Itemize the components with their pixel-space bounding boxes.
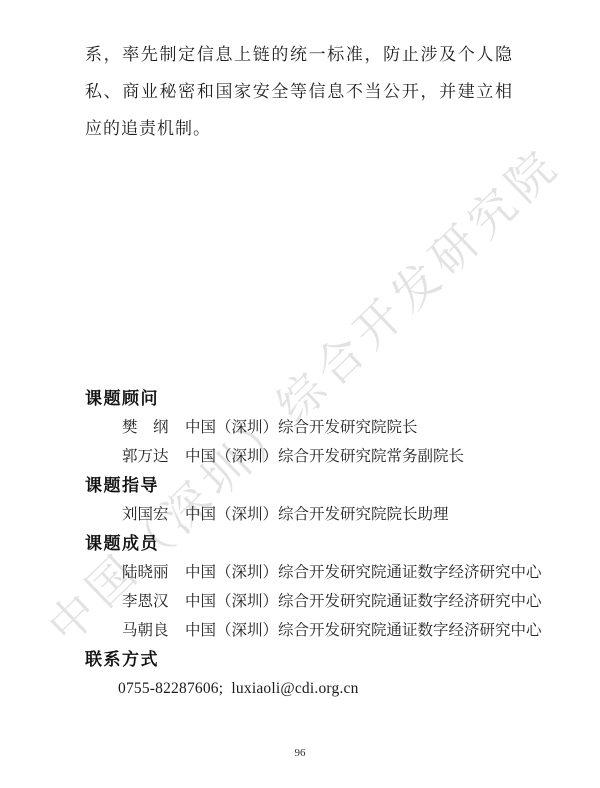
member-title: 中国（深圳）综合开发研究院通证数字经济研究中心 [185, 616, 542, 645]
member-row: 李恩汉 中国（深圳）综合开发研究院通证数字经济研究中心 [85, 587, 555, 616]
member-name: 马朝良 [122, 616, 178, 645]
section-heading-contact: 联系方式 [85, 645, 555, 674]
body-paragraph: 系，率先制定信息上链的统一标准，防止涉及个人隐私、商业秘密和国家安全等信息不当公… [85, 36, 513, 147]
member-title: 中国（深圳）综合开发研究院通证数字经济研究中心 [185, 587, 542, 616]
member-row: 郭万达 中国（深圳）综合开发研究院常务副院长 [85, 442, 555, 471]
member-name: 樊 纲 [122, 413, 178, 442]
member-title: 中国（深圳）综合开发研究院通证数字经济研究中心 [185, 558, 542, 587]
section-heading-members: 课题成员 [85, 529, 555, 558]
member-title: 中国（深圳）综合开发研究院常务副院长 [185, 442, 464, 471]
credits-list: 课题顾问 樊 纲 中国（深圳）综合开发研究院院长 郭万达 中国（深圳）综合开发研… [85, 384, 555, 703]
section-heading-advisors: 课题顾问 [85, 384, 555, 413]
member-title: 中国（深圳）综合开发研究院院长 [185, 413, 418, 442]
member-name: 李恩汉 [122, 587, 178, 616]
contact-info: 0755-82287606; luxiaoli@cdi.org.cn [85, 674, 555, 703]
document-page: 中国（深圳）综合开发研究院 系，率先制定信息上链的统一标准，防止涉及个人隐私、商… [0, 0, 600, 788]
section-heading-guidance: 课题指导 [85, 471, 555, 500]
member-title: 中国（深圳）综合开发研究院院长助理 [185, 500, 449, 529]
member-name: 刘国宏 [122, 500, 178, 529]
member-row: 刘国宏 中国（深圳）综合开发研究院院长助理 [85, 500, 555, 529]
member-row: 樊 纲 中国（深圳）综合开发研究院院长 [85, 413, 555, 442]
member-row: 马朝良 中国（深圳）综合开发研究院通证数字经济研究中心 [85, 616, 555, 645]
page-number: 96 [0, 747, 600, 759]
member-name: 陆晓丽 [122, 558, 178, 587]
member-name: 郭万达 [122, 442, 178, 471]
member-row: 陆晓丽 中国（深圳）综合开发研究院通证数字经济研究中心 [85, 558, 555, 587]
